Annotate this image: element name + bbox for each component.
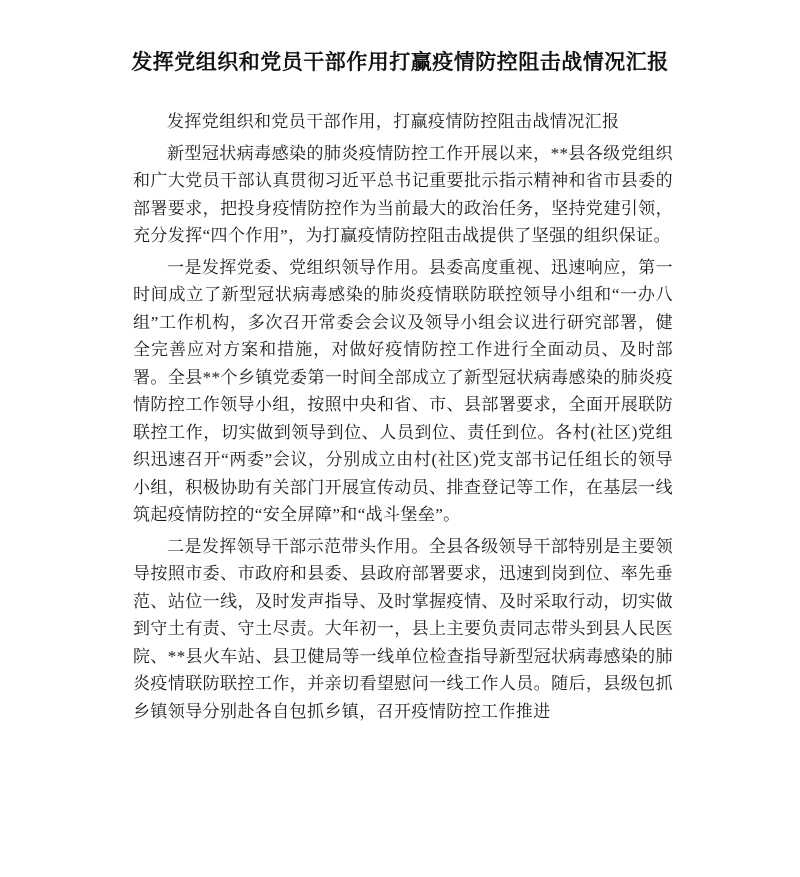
paragraph-intro: 新型冠状病毒感染的肺炎疫情防控工作开展以来，**县各级党组织和广大党员干部认真贯… bbox=[133, 140, 673, 250]
paragraph-subtitle: 发挥党组织和党员干部作用，打赢疫情防控阻击战情况汇报 bbox=[133, 108, 673, 136]
document-body: 发挥党组织和党员干部作用，打赢疫情防控阻击战情况汇报 新型冠状病毒感染的肺炎疫情… bbox=[133, 108, 673, 725]
document-page: 发挥党组织和党员干部作用打赢疫情防控阻击战情况汇报 发挥党组织和党员干部作用，打… bbox=[0, 0, 800, 877]
paragraph-point-two: 二是发挥领导干部示范带头作用。全县各级领导干部特别是主要领导按照市委、市政府和县… bbox=[133, 533, 673, 726]
paragraph-point-one: 一是发挥党委、党组织领导作用。县委高度重视、迅速响应，第一时间成立了新型冠状病毒… bbox=[133, 254, 673, 529]
document-title: 发挥党组织和党员干部作用打赢疫情防控阻击战情况汇报 bbox=[60, 47, 740, 77]
